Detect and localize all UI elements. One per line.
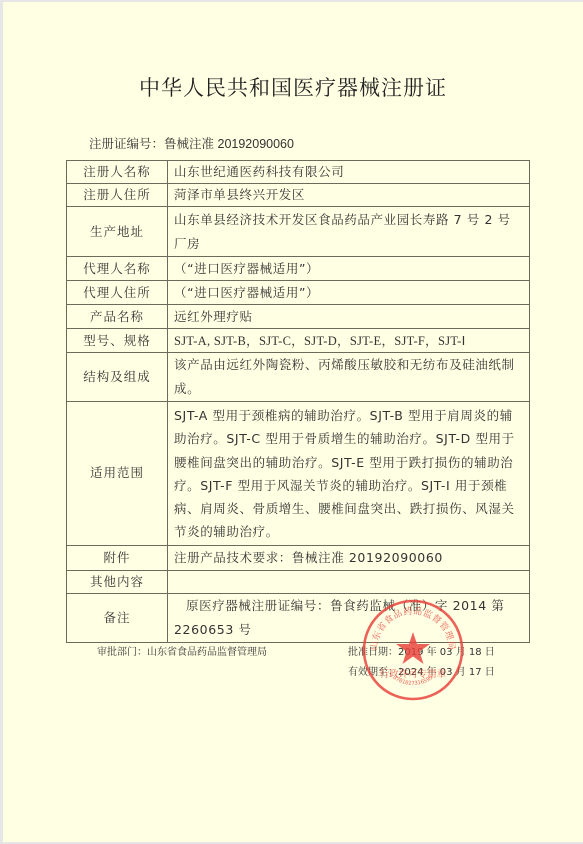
registration-number: 注册证编号：鲁械注准 20192090060 [89,134,294,152]
approval-dates: 批准日期：2019 年 03 月 18 日 有效期至：2024 年 03 月 1… [348,643,495,683]
row-label-agent-name: 代理人名称 [67,257,168,281]
table-row: 产品名称 远红外理疗贴 [67,305,530,329]
table-row: 型号、规格 SJT-A, SJT-B，SJT-C，SJT-D，SJT-E，SJT… [67,329,530,353]
row-label-other: 其他内容 [67,570,168,593]
table-row: 其他内容 [67,570,530,593]
certificate-table: 注册人名称 山东世纪通医药科技有限公司 注册人住所 菏泽市单县终兴开发区 生产地… [66,160,530,643]
row-label-registrant-name: 注册人名称 [67,161,168,184]
approval-date-label: 批准日期： [348,647,398,658]
row-value-production-address: 山东单县经济技术开发区食品药品产业园长寿路 7 号 2 号厂房 [168,207,530,257]
valid-until: 有效期至：2024 年 03 月 17 日 [348,663,495,683]
approval-dept-value: 山东省食品药品监督管理局 [147,647,267,658]
valid-until-label: 有效期至： [348,667,398,678]
table-row: 附件 注册产品技术要求：鲁械注准 20192090060 [67,545,530,570]
row-value-scope: SJT-A 型用于颈椎病的辅助治疗。SJT-B 型用于肩周炎的辅助治疗。SJT-… [168,402,530,546]
valid-until-value: 2024 年 03 月 17 日 [398,667,495,678]
approval-date-value: 2019 年 03 月 18 日 [398,647,495,658]
row-value-other [168,570,530,593]
registration-number-value: 鲁械注准 20192090060 [164,137,294,151]
row-label-attachment: 附件 [67,545,168,570]
row-value-attachment: 注册产品技术要求：鲁械注准 20192090060 [168,545,530,570]
row-value-structure: 该产品由远红外陶瓷粉、丙烯酸压敏胶和无纺布及硅油纸制成。 [168,353,530,402]
approval-department: 审批部门：山东省食品药品监督管理局 [97,643,267,658]
row-label-product-name: 产品名称 [67,305,168,329]
row-label-production-address: 生产地址 [67,207,168,257]
registration-number-label: 注册证编号： [89,136,164,151]
approval-date: 批准日期：2019 年 03 月 18 日 [348,643,495,663]
row-label-model-spec: 型号、规格 [67,329,168,353]
document-title: 中华人民共和国医疗器械注册证 [3,72,583,102]
row-value-model-spec: SJT-A, SJT-B，SJT-C，SJT-D，SJT-E，SJT-F，SJT… [168,329,530,353]
row-value-registrant-address: 菏泽市单县终兴开发区 [168,184,530,207]
row-label-registrant-address: 注册人住所 [67,184,168,207]
table-row: 备注 原医疗器械注册证编号：鲁食药监械（准）字 2014 第 2260653 号 [67,593,530,642]
row-value-agent-name: （“进口医疗器械适用”） [168,257,530,281]
table-row: 注册人住所 菏泽市单县终兴开发区 [67,184,530,207]
table-row: 生产地址 山东单县经济技术开发区食品药品产业园长寿路 7 号 2 号厂房 [67,207,530,257]
row-label-scope: 适用范围 [67,402,168,546]
row-label-structure: 结构及组成 [67,353,168,402]
row-label-remarks: 备注 [67,593,168,642]
table-row: 结构及组成 该产品由远红外陶瓷粉、丙烯酸压敏胶和无纺布及硅油纸制成。 [67,353,530,402]
row-value-registrant-name: 山东世纪通医药科技有限公司 [168,161,530,184]
row-value-product-name: 远红外理疗贴 [168,305,530,329]
approval-dept-label: 审批部门： [97,647,147,658]
row-value-remarks: 原医疗器械注册证编号：鲁食药监械（准）字 2014 第 2260653 号 [168,593,530,642]
table-row: 代理人名称 （“进口医疗器械适用”） [67,257,530,281]
table-row: 适用范围 SJT-A 型用于颈椎病的辅助治疗。SJT-B 型用于肩周炎的辅助治疗… [67,402,530,546]
row-value-agent-address: （“进口医疗器械适用”） [168,281,530,305]
row-label-agent-address: 代理人住所 [67,281,168,305]
certificate-page: 中华人民共和国医疗器械注册证 注册证编号：鲁械注准 20192090060 注册… [3,2,583,842]
table-row: 代理人住所 （“进口医疗器械适用”） [67,281,530,305]
table-row: 注册人名称 山东世纪通医药科技有限公司 [67,161,530,184]
